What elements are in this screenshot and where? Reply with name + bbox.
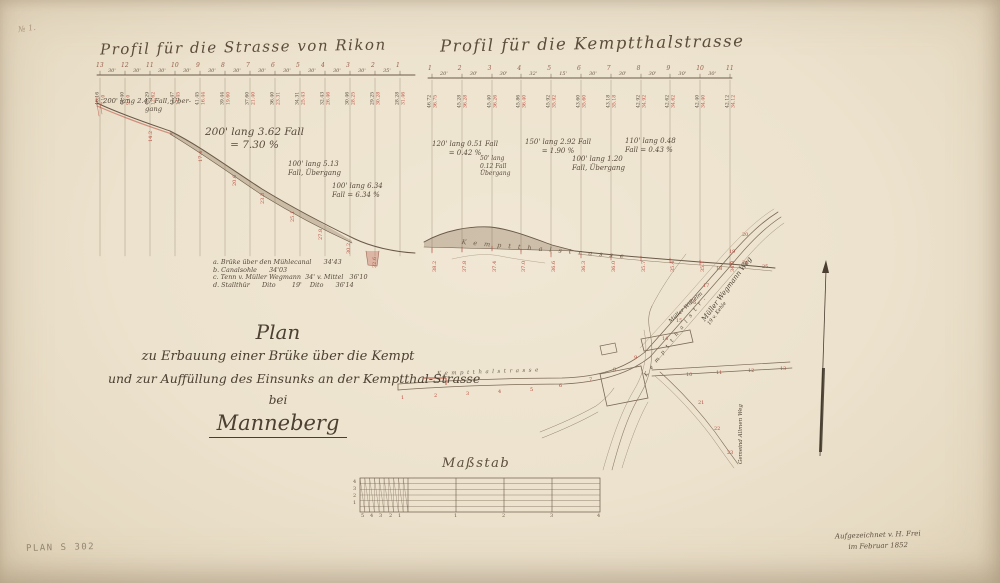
survey-mark: 16 [690,300,696,306]
station-number: 10 [696,65,704,72]
station-number: 1 [428,65,432,72]
station-number: 9 [666,65,670,72]
ground-elevation: 36.3 [581,261,587,272]
survey-mark: 2 [434,393,437,399]
left-profile-title: Profil für die Strasse von Rikon [100,35,387,58]
elevation-red: 35.92 [552,95,558,108]
survey-mark: 17 [703,283,709,289]
elevation-red: 26.46 [326,92,332,105]
elevation-red: 36.26 [493,95,499,108]
station-distance: 30' [308,68,316,74]
station-number: 11 [146,62,154,69]
elevation-red: 25.43 [301,92,307,105]
ground-elevation: 35.7 [641,261,647,272]
ground-elevation: 32.6 [372,257,378,268]
station-distance: 30' [500,71,508,77]
profile-street-name: Kemptthalstrasse [461,238,631,261]
station-distance: 15' [559,71,567,77]
elevation-red: 36.75 [433,95,439,108]
elevation-red: 34.62 [671,95,677,108]
gradient-annotation: 200' lang 3.62 Fall = 7.30 % [205,126,304,152]
ground-elevation: 23.3 [260,193,266,204]
station-number: 4 [321,62,325,69]
elevation-black: 41.45 [195,92,201,105]
station-number: 5 [547,65,551,72]
station-distance: 30' [108,68,116,74]
station-number: 8 [637,65,641,72]
survey-mark: 14 [662,336,668,342]
legend: a. Brüke über den Mühlecanal 34'43b. Can… [213,259,368,290]
gradient-annotation: 110' lang 0.48 Fall = 0.43 % [625,137,676,155]
elevation-red: 34.40 [701,95,707,108]
station-number: 6 [271,62,275,69]
building-outline [600,366,648,406]
survey-mark: 9 [634,355,637,361]
station-distance: 30' [233,68,241,74]
gradient-annotation: 200' lang 2.47 Fall, Über- gang [103,97,191,114]
survey-mark: 12 [748,368,754,374]
station-distance: 30' [283,68,291,74]
elevation-red: 16.44 [201,92,207,105]
elevation-black: 42.12 [725,95,731,108]
elevation-black: 37.60 [245,92,251,105]
signature-block: Aufgezeichnet v. H. Frei im Februar 1852 [808,528,949,554]
plan-subtitle-2: und zur Auffüllung des Einsunks an der K… [108,371,448,386]
station-number: 6 [577,65,581,72]
ground-elevation: 35.1 [700,261,706,272]
elevation-red: 31.46 [401,92,407,105]
elevation-black: 28.28 [395,92,401,105]
station-number: 1 [396,62,400,69]
survey-mark: 25 [762,264,768,270]
scale-left-label: 2 [353,493,356,499]
scale-major-label: 2 [502,513,505,519]
ground-elevation: 36.6 [551,261,557,272]
station-number: 2 [458,65,462,72]
ground-elevation: 20.6 [232,175,238,186]
station-number: 11 [726,65,734,72]
elevation-black: 30.46 [345,92,351,105]
survey-mark: 8 [613,367,616,373]
right-profile-title: Profil für die Kemptthalstrasse [440,31,745,55]
gradient-annotation: 100' lang 5.13 Fall, Übergang [288,160,341,178]
ground-elevation: 17.4 [198,151,204,162]
archive-stamp: PLAN S 302 [26,542,95,554]
station-distance: 30' [158,68,166,74]
ground-elevation: 30.2 [346,243,352,254]
survey-mark: 4 [498,389,501,395]
plan-title: Plan [108,320,448,344]
elevation-red: 35.18 [612,95,618,108]
station-distance: 35' [383,68,391,74]
survey-mark: 6 [559,383,562,389]
scale-title: Maßstab [442,456,510,471]
north-arrow [820,260,829,456]
station-number: 2 [371,62,375,69]
map-hill-street-name: Kemptthalstr. [643,292,710,378]
elevation-black: 42.40 [695,95,701,108]
station-number: 9 [196,62,200,69]
plan-subtitle-1: zu Erbauung einer Brüke über die Kempt [108,349,448,364]
station-distance: 30' [183,68,191,74]
map-label-gemeindweg: Gemeind Allmen Weg [738,404,744,464]
elevation-red: 30.28 [376,92,382,105]
station-distance: 30' [208,68,216,74]
legend-item: d. Stallthür Dito 19' Dito 36'14 [213,282,368,290]
survey-mark: 24 [742,260,748,266]
station-distance: 32' [529,71,537,77]
station-number: 5 [296,62,300,69]
scale-major-label: 3 [550,513,553,519]
survey-mark: 22 [714,426,720,432]
elevation-red: 36.40 [522,95,528,108]
survey-mark: 21 [698,400,704,406]
elevation-black: 43.18 [606,95,612,108]
station-number: 10 [171,62,179,69]
title-block: Plan zu Erbauung einer Brüke über die Ke… [108,320,448,438]
elevation-red: 35.60 [582,95,588,108]
gradient-annotation: 50' lang 0.12 Fall Übergang [480,155,510,178]
scale-left-label: 1 [353,500,356,506]
station-distance: 30' [619,71,627,77]
scale-major-label: 1 [454,513,457,519]
elevation-black: 45.92 [546,95,552,108]
survey-mark: 3 [466,391,469,397]
ground-elevation: 36.0 [611,261,617,272]
station-distance: 20' [440,71,448,77]
elevation-black: 45.40 [487,95,493,108]
station-number: 8 [221,62,225,69]
survey-mark: 11 [716,370,722,376]
survey-mark: 23 [727,450,733,456]
elevation-black: 46.72 [427,95,433,108]
elevation-red: 19.60 [226,92,232,105]
survey-mark: 20 [742,232,748,238]
ground-elevation: 14.2 [148,131,154,142]
scale-minor-label: 5 [361,513,364,519]
ground-elevation: 37.4 [492,261,498,272]
scanned-plan-sheet: № 1. Profil für die Strasse von Rikon Pr… [0,0,1000,583]
station-distance: 30' [678,71,686,77]
elevation-black: 45.28 [457,95,463,108]
elevation-black: 32.43 [320,92,326,105]
station-number: 3 [346,62,350,69]
station-distance: 30' [589,71,597,77]
elevation-red: 28.25 [351,92,357,105]
survey-mark: 1 [401,395,404,401]
place-name: Manneberg [108,411,448,438]
building-outline [600,343,617,355]
ground-elevation: 37.8 [462,261,468,272]
gradient-annotation: 150' lang 2.92 Fall = 1.90 % [525,138,591,156]
scale-minor-label: 3 [379,513,382,519]
elevation-black: 42.92 [636,95,642,108]
station-number: 7 [246,62,250,69]
station-distance: 30' [470,71,478,77]
gradient-annotation: 100' lang 6.34 Fall = 6.34 % [332,182,383,200]
scale-major-label: 4 [597,513,600,519]
survey-mark: 5 [530,387,533,393]
elevation-black: 36.40 [270,92,276,105]
station-distance: 30' [649,71,657,77]
scale-minor-label: 2 [389,513,392,519]
elevation-black: 43.60 [576,95,582,108]
survey-mark: 15 [676,318,682,324]
ground-elevation: 25.1 [290,211,296,222]
elevation-red: 36.28 [463,95,469,108]
survey-mark: 13 [780,366,786,372]
ground-elevation: 27.8 [318,229,324,240]
station-number: 4 [517,65,521,72]
elevation-red: 34.12 [731,95,737,108]
elevation-black: 29.25 [370,92,376,105]
plan-subtitle-3: bei [108,393,448,407]
elevation-red: 34.92 [642,95,648,108]
plan-drawing [0,0,1000,583]
station-distance: 30' [358,68,366,74]
survey-mark: 7 [589,377,592,383]
scale-minor-label: 4 [370,513,373,519]
scale-bar-drawing [360,478,600,512]
survey-mark: 10 [686,372,692,378]
station-distance: 30' [133,68,141,74]
ground-elevation: 35.4 [670,261,676,272]
station-number: 12 [121,62,129,69]
elevation-red: 23.31 [276,92,282,105]
scale-left-label: 3 [353,486,356,492]
station-number: 7 [607,65,611,72]
sheet-number: № 1. [17,23,36,34]
scale-left-label: 4 [353,479,356,485]
ground-elevation: 38.2 [432,261,438,272]
elevation-black: 46.16 [95,92,101,105]
elevation-red: 21.40 [251,92,257,105]
station-number: 3 [488,65,492,72]
scale-minor-label: 1 [398,513,401,519]
map-street-name: Kemptthalstrasse [437,367,542,377]
elevation-black: 39.44 [220,92,226,105]
station-distance: 30' [333,68,341,74]
ground-elevation: 37.0 [521,261,527,272]
station-distance: 30' [708,71,716,77]
elevation-black: 34.31 [295,92,301,105]
station-number: 13 [96,62,104,69]
survey-mark: 18 [716,266,722,272]
station-distance: 30' [258,68,266,74]
gradient-annotation: 100' lang 1.20 Fall, Übergang [572,155,625,173]
survey-mark: 19 [729,249,735,255]
